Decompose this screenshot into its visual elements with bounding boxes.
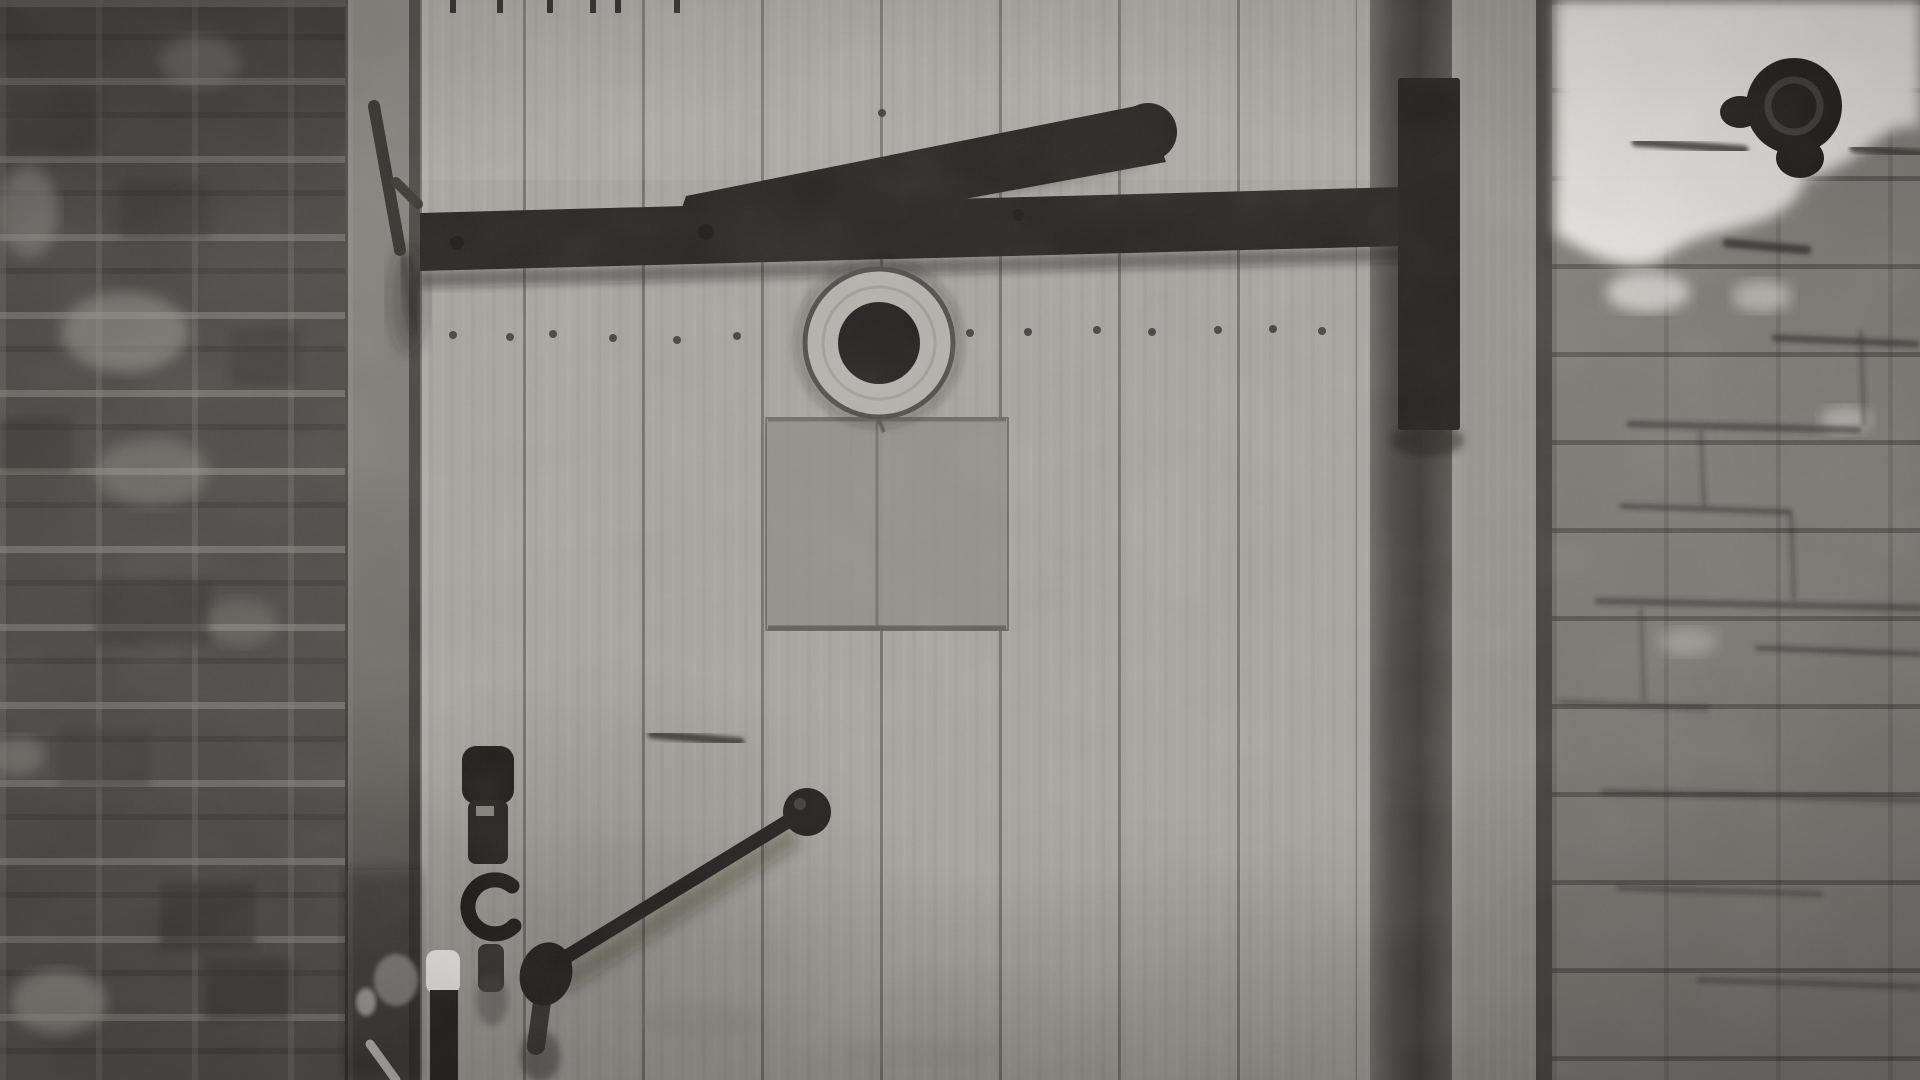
film-grain [0, 0, 1920, 1080]
photo-detail-layer [0, 0, 1920, 1080]
photograph [0, 0, 1920, 1080]
